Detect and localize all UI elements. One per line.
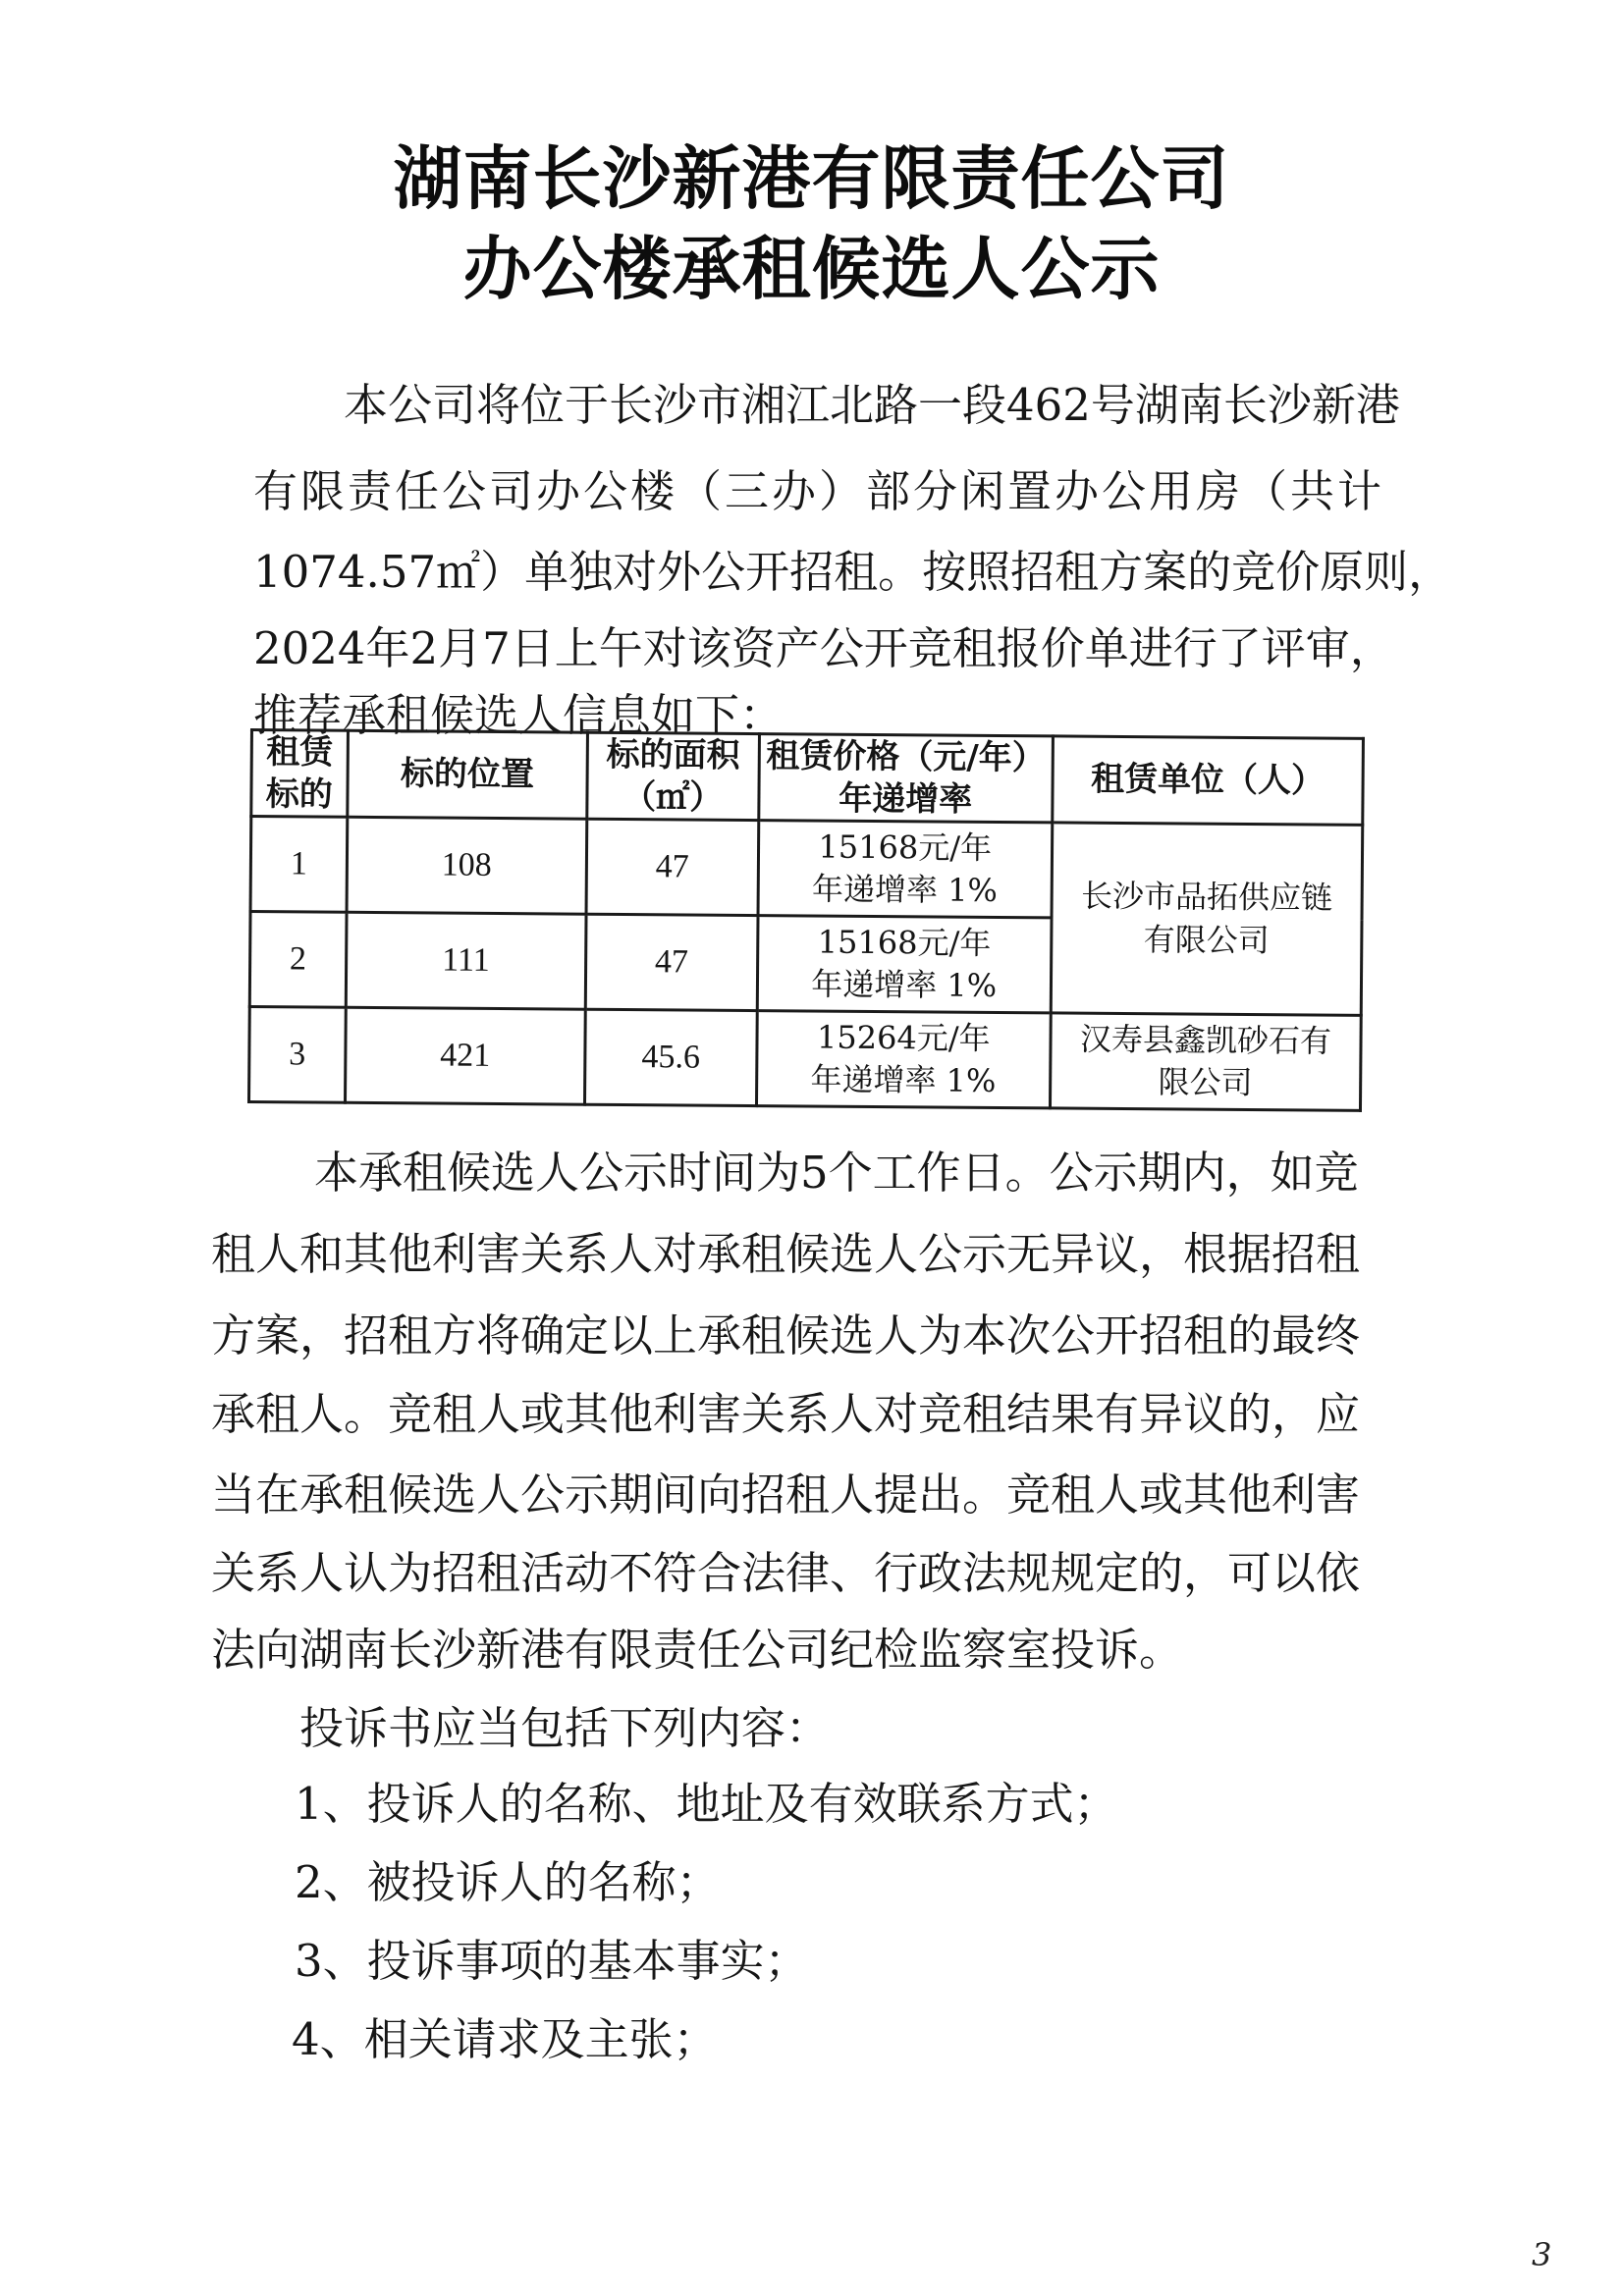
complaint-item-3: 3、投诉事项的基本事实；: [295, 1939, 1434, 1983]
cell-lot: 1: [250, 817, 347, 913]
table-header-row: 租赁 标的 标的位置 标的面积 （㎡） 租赁价格（元/年） 年递增率 租赁单位（…: [251, 730, 1364, 826]
document-title-line2: 办公楼承租候选人公示: [0, 214, 1623, 313]
cell-lot: 3: [249, 1007, 346, 1103]
cell-tenant: 长沙市品拓供应链 有限公司: [1051, 823, 1363, 1015]
cell-location: 111: [346, 912, 586, 1009]
notice-line-6: 关系人认为招租活动不符合法律、行政法规规定的，可以依: [211, 1551, 1350, 1595]
intro-line-1: 本公司将位于长沙市湘江北路一段462号湖南长沙新港: [344, 383, 1483, 427]
notice-line-4: 承租人。竞租人或其他利害关系人对竞租结果有异议的，应: [211, 1392, 1350, 1436]
table-row: 1 108 47 15168元/年 年递增率 1% 长沙市品拓供应链 有限公司: [250, 817, 1363, 921]
header-price: 租赁价格（元/年） 年递增率: [758, 734, 1053, 823]
notice-line-1: 本承租候选人公示时间为5个工作日。公示期内，如竞: [314, 1150, 1453, 1195]
complaint-item-4: 4、相关请求及主张；: [292, 2017, 1431, 2061]
cell-area: 47: [586, 819, 758, 915]
intro-line-4: 2024年2月7日上午对该资产公开竞租报价单进行了评审，: [253, 626, 1392, 670]
cell-location: 421: [345, 1007, 585, 1104]
notice-line-2: 租人和其他利害关系人对承租候选人公示无异议，根据招租: [211, 1232, 1350, 1276]
intro-line-3: 1074.57㎡）单独对外公开招租。按照招租方案的竞价原则，: [253, 550, 1392, 594]
complaint-item-2: 2、被投诉人的名称；: [295, 1860, 1434, 1904]
cell-price: 15264元/年 年递增率 1%: [756, 1011, 1051, 1108]
header-lot: 租赁 标的: [251, 730, 348, 818]
notice-line-5: 当在承租候选人公示期间向招租人提出。竞租人或其他利害: [211, 1472, 1350, 1517]
cell-location: 108: [347, 817, 587, 914]
lease-candidate-table: 租赁 标的 标的位置 标的面积 （㎡） 租赁价格（元/年） 年递增率 租赁单位（…: [247, 728, 1365, 1112]
cell-price: 15168元/年 年递增率 1%: [758, 821, 1053, 918]
document-page: 湖南长沙新港有限责任公司 办公楼承租候选人公示 本公司将位于长沙市湘江北路一段4…: [0, 0, 1623, 2296]
cell-price: 15168元/年 年递增率 1%: [757, 916, 1052, 1013]
page-number: 3: [1532, 2236, 1551, 2273]
cell-tenant: 汉寿县鑫凯砂石有 限公司: [1050, 1013, 1361, 1110]
header-area: 标的面积 （㎡）: [587, 732, 759, 820]
notice-line-7: 法向湖南长沙新港有限责任公司纪检监察室投诉。: [211, 1628, 1350, 1672]
notice-line-3: 方案，招租方将确定以上承租候选人为本次公开招租的最终: [211, 1313, 1350, 1358]
complaint-intro: 投诉书应当包括下列内容：: [299, 1706, 1438, 1750]
table-row: 3 421 45.6 15264元/年 年递增率 1% 汉寿县鑫凯砂石有 限公司: [249, 1007, 1362, 1111]
header-location: 标的位置: [348, 730, 588, 819]
intro-line-2: 有限责任公司办公楼（三办）部分闲置办公用房（共计: [253, 469, 1392, 513]
header-tenant: 租赁单位（人）: [1053, 736, 1364, 825]
cell-lot: 2: [249, 912, 346, 1008]
cell-area: 45.6: [584, 1009, 756, 1105]
cell-area: 47: [585, 914, 757, 1010]
complaint-item-1: 1、投诉人的名称、地址及有效联系方式；: [295, 1782, 1434, 1826]
document-title-line1: 湖南长沙新港有限责任公司: [0, 124, 1623, 223]
